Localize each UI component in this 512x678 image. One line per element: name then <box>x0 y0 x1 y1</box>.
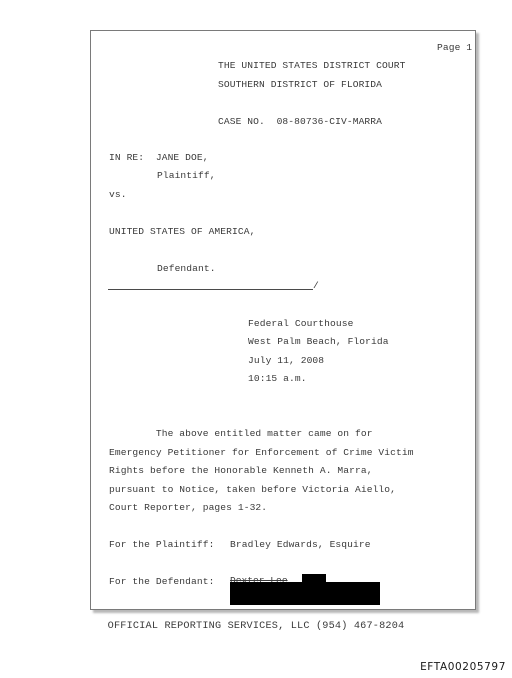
caption-divider-line <box>108 289 313 290</box>
bates-number: EFTA00205797 <box>420 661 506 673</box>
defendant-role: Defendant. <box>157 263 216 275</box>
page-number: Page 1 <box>437 42 472 54</box>
versus-label: vs. <box>109 189 127 201</box>
court-name-line-1: THE UNITED STATES DISTRICT COURT <box>218 60 405 72</box>
in-re-plaintiff-name: IN RE: JANE DOE, <box>109 152 209 164</box>
hearing-date: July 11, 2008 <box>248 355 324 367</box>
defendant-name: UNITED STATES OF AMERICA, <box>109 226 255 238</box>
body-line-5: Court Reporter, pages 1-32. <box>109 502 267 514</box>
venue-city: West Palm Beach, Florida <box>248 336 389 348</box>
defendant-counsel-label: For the Defendant: <box>109 576 214 588</box>
hearing-time: 10:15 a.m. <box>248 373 307 385</box>
venue-location: Federal Courthouse <box>248 318 353 330</box>
plaintiff-counsel-label: For the Plaintiff: <box>109 539 214 551</box>
body-line-1: The above entitled matter came on for <box>109 428 373 440</box>
reporter-footer: OFFICIAL REPORTING SERVICES, LLC (954) 4… <box>0 621 512 633</box>
body-line-4: pursuant to Notice, taken before Victori… <box>109 484 396 496</box>
body-line-3: Rights before the Honorable Kenneth A. M… <box>109 465 373 477</box>
caption-divider-slash: / <box>313 280 319 292</box>
court-name-line-2: SOUTHERN DISTRICT OF FLORIDA <box>218 79 382 91</box>
case-number: CASE NO. 08-80736-CIV-MARRA <box>218 116 382 128</box>
plaintiff-counsel-name: Bradley Edwards, Esquire <box>230 539 371 551</box>
redaction-box <box>230 582 380 605</box>
body-line-2: Emergency Petitioner for Enforcement of … <box>109 447 414 459</box>
plaintiff-role: Plaintiff, <box>157 170 216 182</box>
